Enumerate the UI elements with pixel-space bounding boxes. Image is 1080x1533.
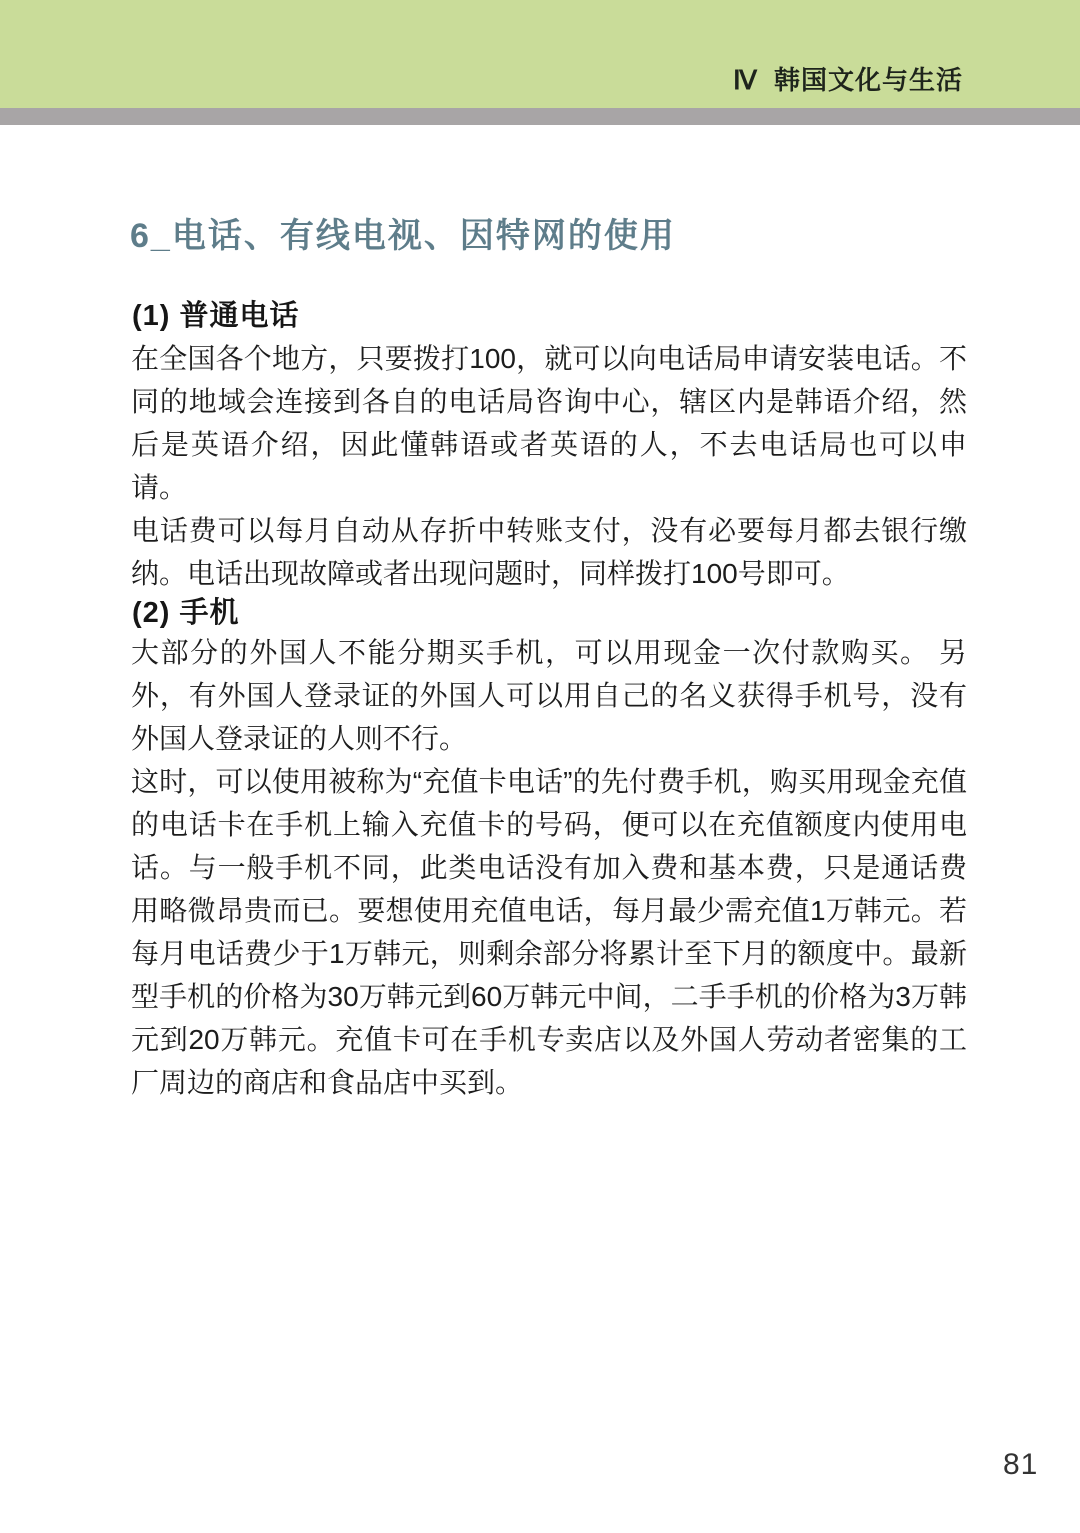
section-body-landline-phone: 在全国各个地方，只要拨打100，就可以向电话局申请安装电话。不同的地域会连接到各… — [131, 337, 967, 595]
chapter-title: 韩国文化与生活 — [774, 65, 963, 95]
chapter-header-band: Ⅳ韩国文化与生活 — [0, 0, 1080, 108]
paragraph: 电话费可以每月自动从存折中转账支付，没有必要每月都去银行缴纳。电话出现故障或者出… — [131, 509, 967, 595]
header-divider-bar — [0, 108, 1080, 125]
paragraph: 大部分的外国人不能分期买手机，可以用现金一次付款购买。 另外，有外国人登录证的外… — [131, 631, 967, 760]
section-body-mobile-phone: 大部分的外国人不能分期买手机，可以用现金一次付款购买。 另外，有外国人登录证的外… — [131, 631, 967, 1104]
page-title: 6_电话、有线电视、因特网的使用 — [130, 208, 676, 257]
paragraph: 这时，可以使用被称为“充值卡电话”的先付费手机，购买用现金充值的电话卡在手机上输… — [131, 760, 967, 1104]
paragraph: 在全国各个地方，只要拨打100，就可以向电话局申请安装电话。不同的地域会连接到各… — [131, 337, 967, 509]
page-number: 81 — [1003, 1448, 1038, 1482]
chapter-header: Ⅳ韩国文化与生活 — [733, 60, 963, 97]
section-heading-landline-phone: (1) 普通电话 — [132, 293, 300, 334]
chapter-number: Ⅳ — [733, 66, 758, 95]
section-heading-mobile-phone: (2) 手机 — [132, 590, 240, 631]
